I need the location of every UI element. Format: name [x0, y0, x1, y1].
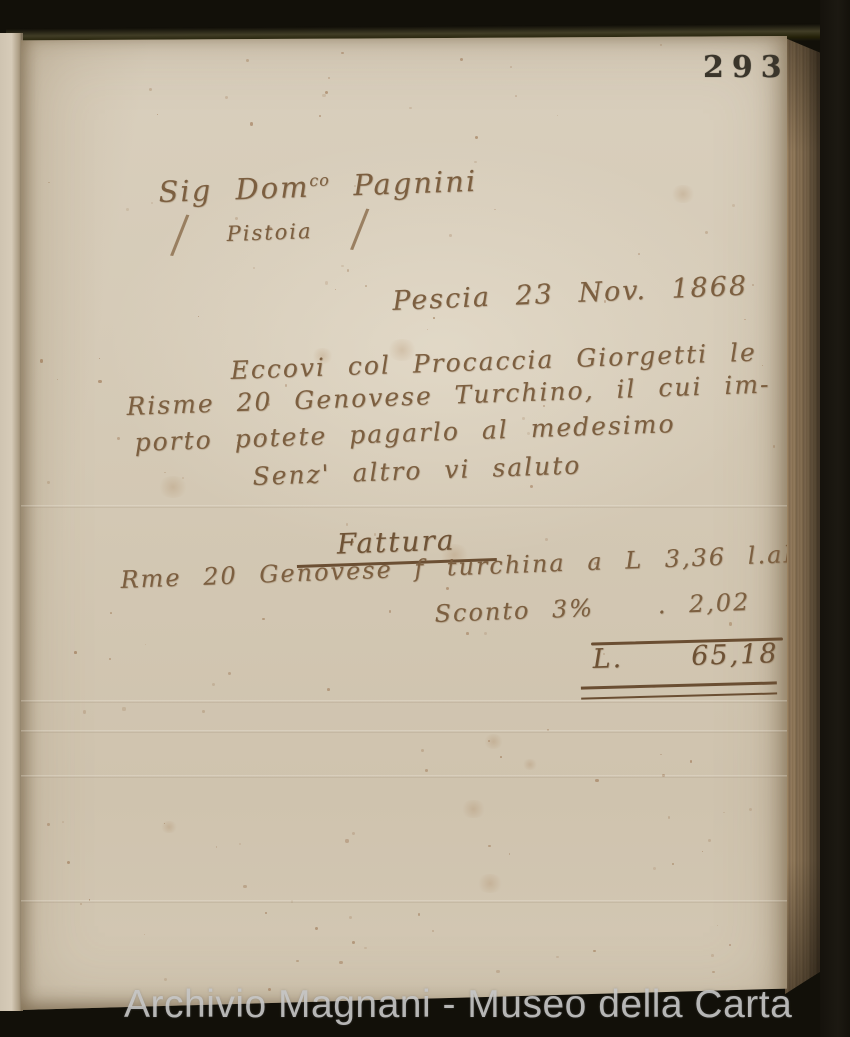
foxing-speck: [653, 867, 656, 870]
recipient-name-superscript: co: [309, 170, 330, 190]
foxing-speck: [346, 523, 348, 525]
foxing-speck: [449, 234, 452, 237]
foxing-speck: [345, 839, 348, 842]
recipient-line: Sig Domco Pagnini: [158, 167, 478, 207]
archive-watermark: Archivio Magnani - Museo della Carta: [124, 983, 792, 1027]
foxing-speck: [711, 954, 714, 957]
foxing-speck: [246, 59, 249, 62]
foxing-speck: [341, 52, 343, 54]
foxing-speck: [262, 618, 264, 620]
foxing-speck: [484, 632, 487, 635]
foxing-speck: [556, 956, 559, 959]
foxing-speck: [494, 209, 496, 211]
foxing-speck: [365, 285, 367, 287]
foxing-speck: [702, 851, 703, 852]
foxing-speck: [243, 885, 246, 888]
foxing-speck: [341, 265, 343, 267]
manuscript-page: 293 Sig Domco Pagnini ∕ Pistoia ∕ Pescia…: [21, 36, 787, 1010]
foxing-speck: [460, 58, 463, 61]
foxing-speck: [253, 267, 255, 269]
foxing-speck: [466, 632, 469, 635]
foxing-speck: [389, 610, 391, 612]
invoice-total-row: L. 65,18: [592, 640, 779, 673]
foxing-speck: [328, 77, 330, 79]
foxing-speck: [349, 916, 352, 919]
foxing-speck: [446, 587, 449, 590]
paper-crease: [21, 730, 787, 733]
foxing-speck: [749, 808, 752, 811]
pen-flourish: ∕: [169, 204, 191, 265]
foxing-speck: [545, 538, 548, 541]
foxing-speck: [319, 115, 321, 117]
foxing-speck: [732, 204, 735, 207]
foxing-speck: [265, 912, 267, 914]
age-stain: [476, 874, 504, 894]
foxing-speck: [723, 812, 724, 813]
foxing-speck: [322, 94, 325, 97]
total-currency: L.: [592, 645, 623, 673]
foxing-speck: [515, 95, 517, 97]
foxing-speck: [144, 934, 145, 935]
foxing-speck: [157, 114, 158, 115]
foxing-speck: [164, 978, 167, 981]
foxing-speck: [557, 115, 558, 116]
book-fore-edge-pages: [785, 38, 821, 994]
foxing-speck: [212, 683, 215, 686]
foxing-speck: [712, 971, 715, 974]
foxing-speck: [48, 182, 49, 183]
foxing-speck: [110, 612, 112, 614]
foxing-speck: [339, 961, 342, 964]
foxing-speck: [315, 927, 318, 930]
foxing-speck: [335, 289, 336, 290]
foxing-speck: [672, 863, 674, 865]
foxing-speck: [216, 846, 218, 848]
total-amount: 65,18: [691, 640, 779, 670]
letter-closing-line: Senz' altro vi saluto: [252, 453, 582, 489]
foxing-speck: [690, 760, 692, 762]
foxing-speck: [80, 903, 82, 905]
foxing-speck: [47, 481, 49, 483]
foxing-speck: [595, 779, 598, 782]
paper-crease: [21, 775, 787, 778]
foxing-speck: [773, 445, 775, 447]
foxing-speck: [347, 269, 349, 271]
invoice-row-description: Sconto 3%: [434, 596, 594, 626]
total-rule-bottom: [581, 681, 777, 699]
foxing-speck: [421, 749, 425, 753]
foxing-speck: [198, 316, 199, 317]
foxing-speck: [708, 839, 711, 842]
foxing-speck: [729, 944, 731, 946]
foxing-speck: [409, 107, 412, 110]
recipient-city: Pistoia: [226, 221, 313, 245]
foxing-speck: [235, 217, 238, 220]
foxing-speck: [510, 66, 512, 68]
foxing-speck: [239, 843, 241, 845]
pen-flourish: ∕: [349, 198, 371, 259]
age-stain: [160, 821, 178, 833]
foxing-speck: [474, 161, 477, 164]
age-stain: [522, 759, 538, 770]
foxing-speck: [325, 91, 329, 95]
foxing-speck: [151, 202, 153, 204]
foxing-speck: [364, 947, 366, 949]
foxing-speck: [488, 845, 491, 848]
foxing-speck: [228, 672, 231, 675]
foxing-speck: [744, 319, 745, 320]
foxing-speck: [638, 253, 640, 255]
age-stain: [460, 800, 487, 819]
invoice-row-amount: . 2,02: [657, 590, 751, 618]
paper-crease: [21, 700, 787, 703]
age-stain: [670, 185, 696, 203]
foxing-speck: [705, 231, 708, 234]
foxing-speck: [418, 913, 421, 916]
foxing-speck: [427, 329, 428, 330]
foxing-speck: [325, 281, 328, 284]
foxing-speck: [352, 832, 355, 835]
foxing-speck: [99, 358, 101, 360]
age-stain: [483, 734, 504, 749]
foxing-speck: [660, 44, 661, 45]
foxing-speck: [296, 960, 299, 963]
foxing-speck: [660, 754, 661, 755]
dateline: Pescia 23 Nov. 1868: [392, 272, 749, 315]
foxing-speck: [122, 707, 125, 710]
age-stain: [157, 476, 189, 499]
foxing-speck: [509, 853, 510, 854]
foxing-speck: [752, 284, 754, 286]
foxing-speck: [729, 622, 732, 625]
foxing-speck: [475, 136, 478, 139]
foxing-speck: [593, 950, 596, 953]
foxing-speck: [327, 688, 330, 691]
foxing-speck: [62, 821, 64, 823]
folio-number: 293: [703, 50, 790, 85]
foxing-speck: [149, 88, 152, 91]
fore-edge-shading: [785, 38, 821, 994]
foxing-speck: [98, 380, 102, 384]
facing-page-gutter: [0, 33, 23, 1011]
foxing-speck: [40, 359, 43, 362]
foxing-speck: [83, 710, 86, 713]
foxing-speck: [668, 816, 671, 819]
foxing-speck: [433, 317, 435, 319]
foxing-speck: [717, 925, 718, 926]
foxing-speck: [425, 769, 428, 772]
foxing-speck: [67, 861, 70, 864]
recipient-surname: Pagnini: [353, 164, 478, 202]
foxing-speck: [117, 437, 120, 440]
foxing-speck: [762, 365, 763, 366]
recipient-name: Sig Dom: [158, 170, 310, 209]
paper-crease: [21, 900, 787, 903]
invoice-row: Sconto 3% . 2,02: [434, 590, 751, 626]
book-cover-right: [820, 0, 850, 1037]
foxing-speck: [57, 379, 58, 380]
foxing-speck: [500, 756, 502, 758]
foxing-speck: [164, 472, 166, 474]
foxing-speck: [145, 644, 146, 645]
foxing-speck: [225, 96, 228, 99]
foxing-speck: [432, 930, 434, 932]
foxing-speck: [47, 823, 50, 826]
foxing-speck: [352, 941, 355, 944]
book-scan: 293 Sig Domco Pagnini ∕ Pistoia ∕ Pescia…: [0, 0, 850, 1037]
foxing-speck: [109, 658, 111, 660]
foxing-speck: [496, 970, 499, 973]
foxing-speck: [74, 651, 77, 654]
paper-crease: [21, 505, 787, 508]
foxing-speck: [530, 485, 533, 488]
foxing-speck: [126, 208, 129, 211]
foxing-speck: [250, 122, 253, 125]
foxing-speck: [202, 710, 205, 713]
